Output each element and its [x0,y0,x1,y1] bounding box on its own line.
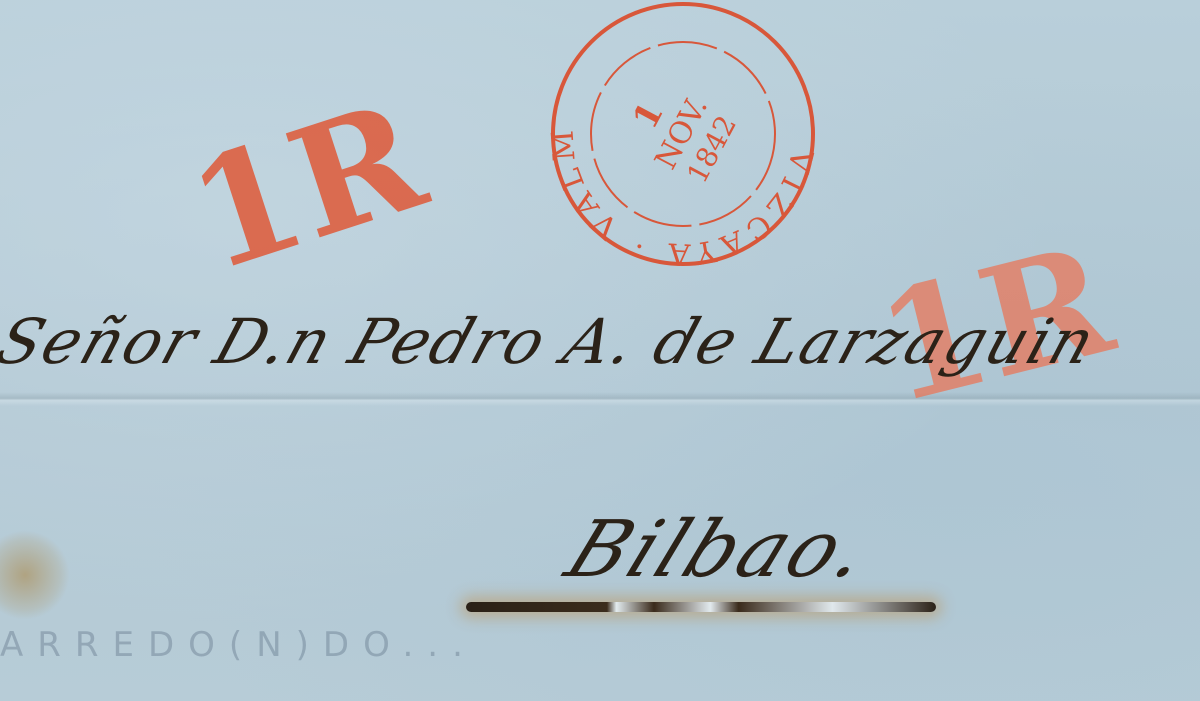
address-line-recipient: Señor D.n Pedro A. de Larzaguin [0,305,1106,378]
address-line-city: Bilbao. [554,505,885,595]
pencil-notation: ARREDO(N)DO... [0,625,477,665]
foxing-stain [0,530,70,620]
letter-cover: 1R VIZCAYA · VALMASEDA 1 NOV. 1842 1R Se… [0,0,1200,701]
circular-postmark: VIZCAYA · VALMASEDA 1 NOV. 1842 [545,0,821,270]
ink-underline-flourish [466,602,936,612]
rate-handstamp-left: 1R [174,80,438,293]
